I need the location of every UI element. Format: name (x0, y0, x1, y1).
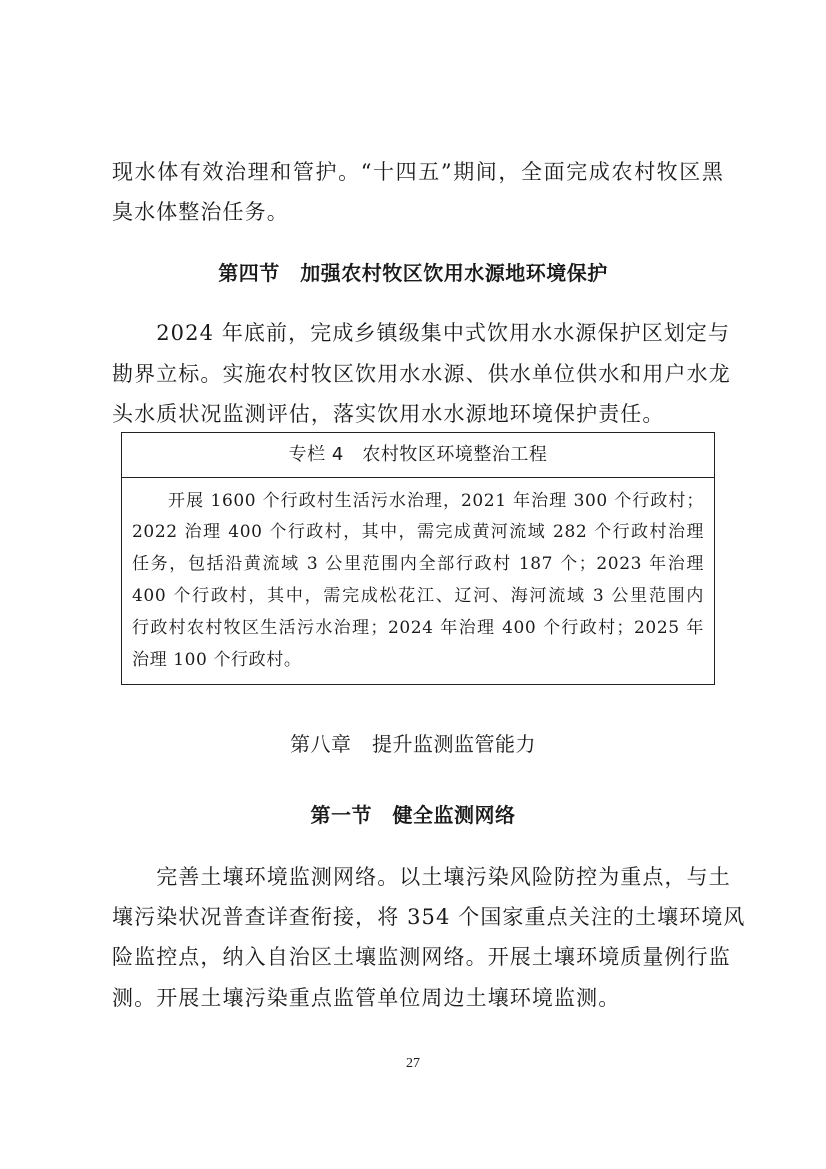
paragraph-line: 头水质状况监测评估，落实饮用水水源地环境保护责任。 (112, 404, 724, 425)
intro-line: 臭水体整治任务。 (112, 202, 724, 223)
paragraph-line: 完善土壤环境监测网络。以土壤污染风险防控为重点，与土 (112, 867, 724, 888)
section-heading: 第四节 加强农村牧区饮用水源地环境保护 (0, 263, 826, 283)
feature-box-line: 任务，包括沿黄流域 3 公里范围内全部行政村 187 个；2023 年治理 (132, 556, 704, 573)
paragraph-line: 壤污染状况普查详查衔接，将 354 个国家重点关注的土壤环境风 (112, 907, 724, 928)
feature-box: 专栏 4 农村牧区环境整治工程 开展 1600 个行政村生活污水治理，2021 … (121, 432, 715, 685)
feature-box-title: 专栏 4 农村牧区环境整治工程 (122, 433, 714, 478)
feature-box-line: 治理 100 个行政村。 (132, 652, 704, 669)
feature-box-line: 400 个行政村，其中，需完成松花江、辽河、海河流域 3 公里范围内 (132, 588, 704, 605)
intro-line: 现水体有效治理和管护。“十四五”期间，全面完成农村牧区黑 (112, 162, 724, 183)
paragraph-line: 勘界立标。实施农村牧区饮用水水源、供水单位供水和用户水龙 (112, 364, 724, 385)
paragraph-line: 2024 年底前，完成乡镇级集中式饮用水水源保护区划定与 (112, 323, 724, 344)
chapter-heading: 第八章 提升监测监管能力 (0, 734, 826, 754)
section-heading: 第一节 健全监测网络 (0, 805, 826, 825)
feature-box-line: 行政村农村牧区生活污水治理；2024 年治理 400 个行政村；2025 年 (132, 620, 704, 637)
paragraph-line: 险监控点，纳入自治区土壤监测网络。开展土壤环境质量例行监 (112, 947, 724, 968)
page-number: 27 (0, 1056, 826, 1072)
feature-box-line: 开展 1600 个行政村生活污水治理，2021 年治理 300 个行政村； (132, 493, 704, 510)
paragraph-line: 测。开展土壤污染重点监管单位周边土壤环境监测。 (112, 988, 724, 1009)
feature-box-line: 2022 治理 400 个行政村，其中，需完成黄河流域 282 个行政村治理 (132, 524, 704, 541)
